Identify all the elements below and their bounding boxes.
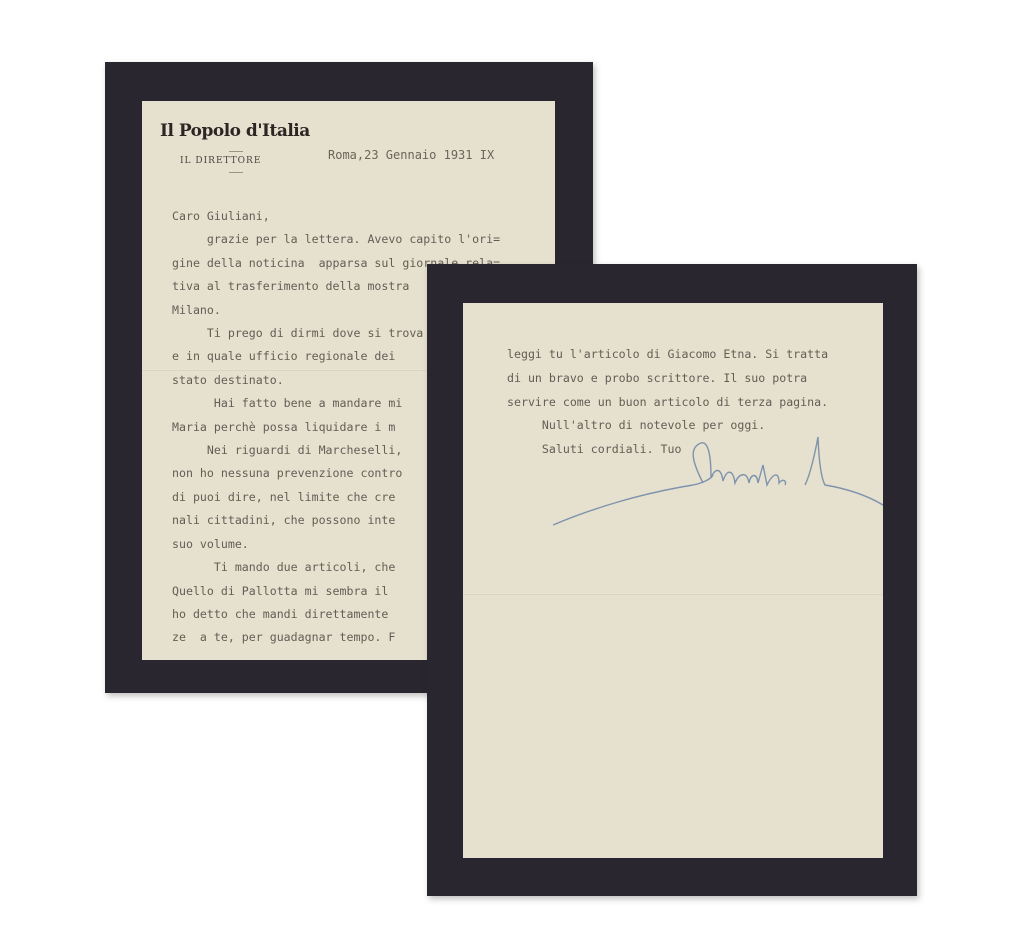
letter-page-2: leggi tu l'articolo di Giacomo Etna. Si … xyxy=(463,303,883,858)
divider xyxy=(229,172,243,173)
divider xyxy=(229,151,243,152)
letter-line: grazie per la lettera. Avevo capito l'or… xyxy=(172,228,500,251)
newspaper-masthead: Il Popolo d'Italia xyxy=(160,121,310,141)
letterhead-subheading: IL DIRETTORE xyxy=(180,156,261,166)
letter-page-2-frame: leggi tu l'articolo di Giacomo Etna. Si … xyxy=(427,264,917,896)
letter-dateline: Roma,23 Gennaio 1931 IX xyxy=(328,148,494,162)
handwritten-signature xyxy=(553,433,883,533)
letter-line: leggi tu l'articolo di Giacomo Etna. Si … xyxy=(507,343,828,367)
paper-fold xyxy=(463,593,883,595)
letter-line: di un bravo e probo scrittore. Il suo po… xyxy=(507,367,828,391)
letter-line: servire come un buon articolo di terza p… xyxy=(507,391,828,415)
letter-line: Caro Giuliani, xyxy=(172,205,500,228)
